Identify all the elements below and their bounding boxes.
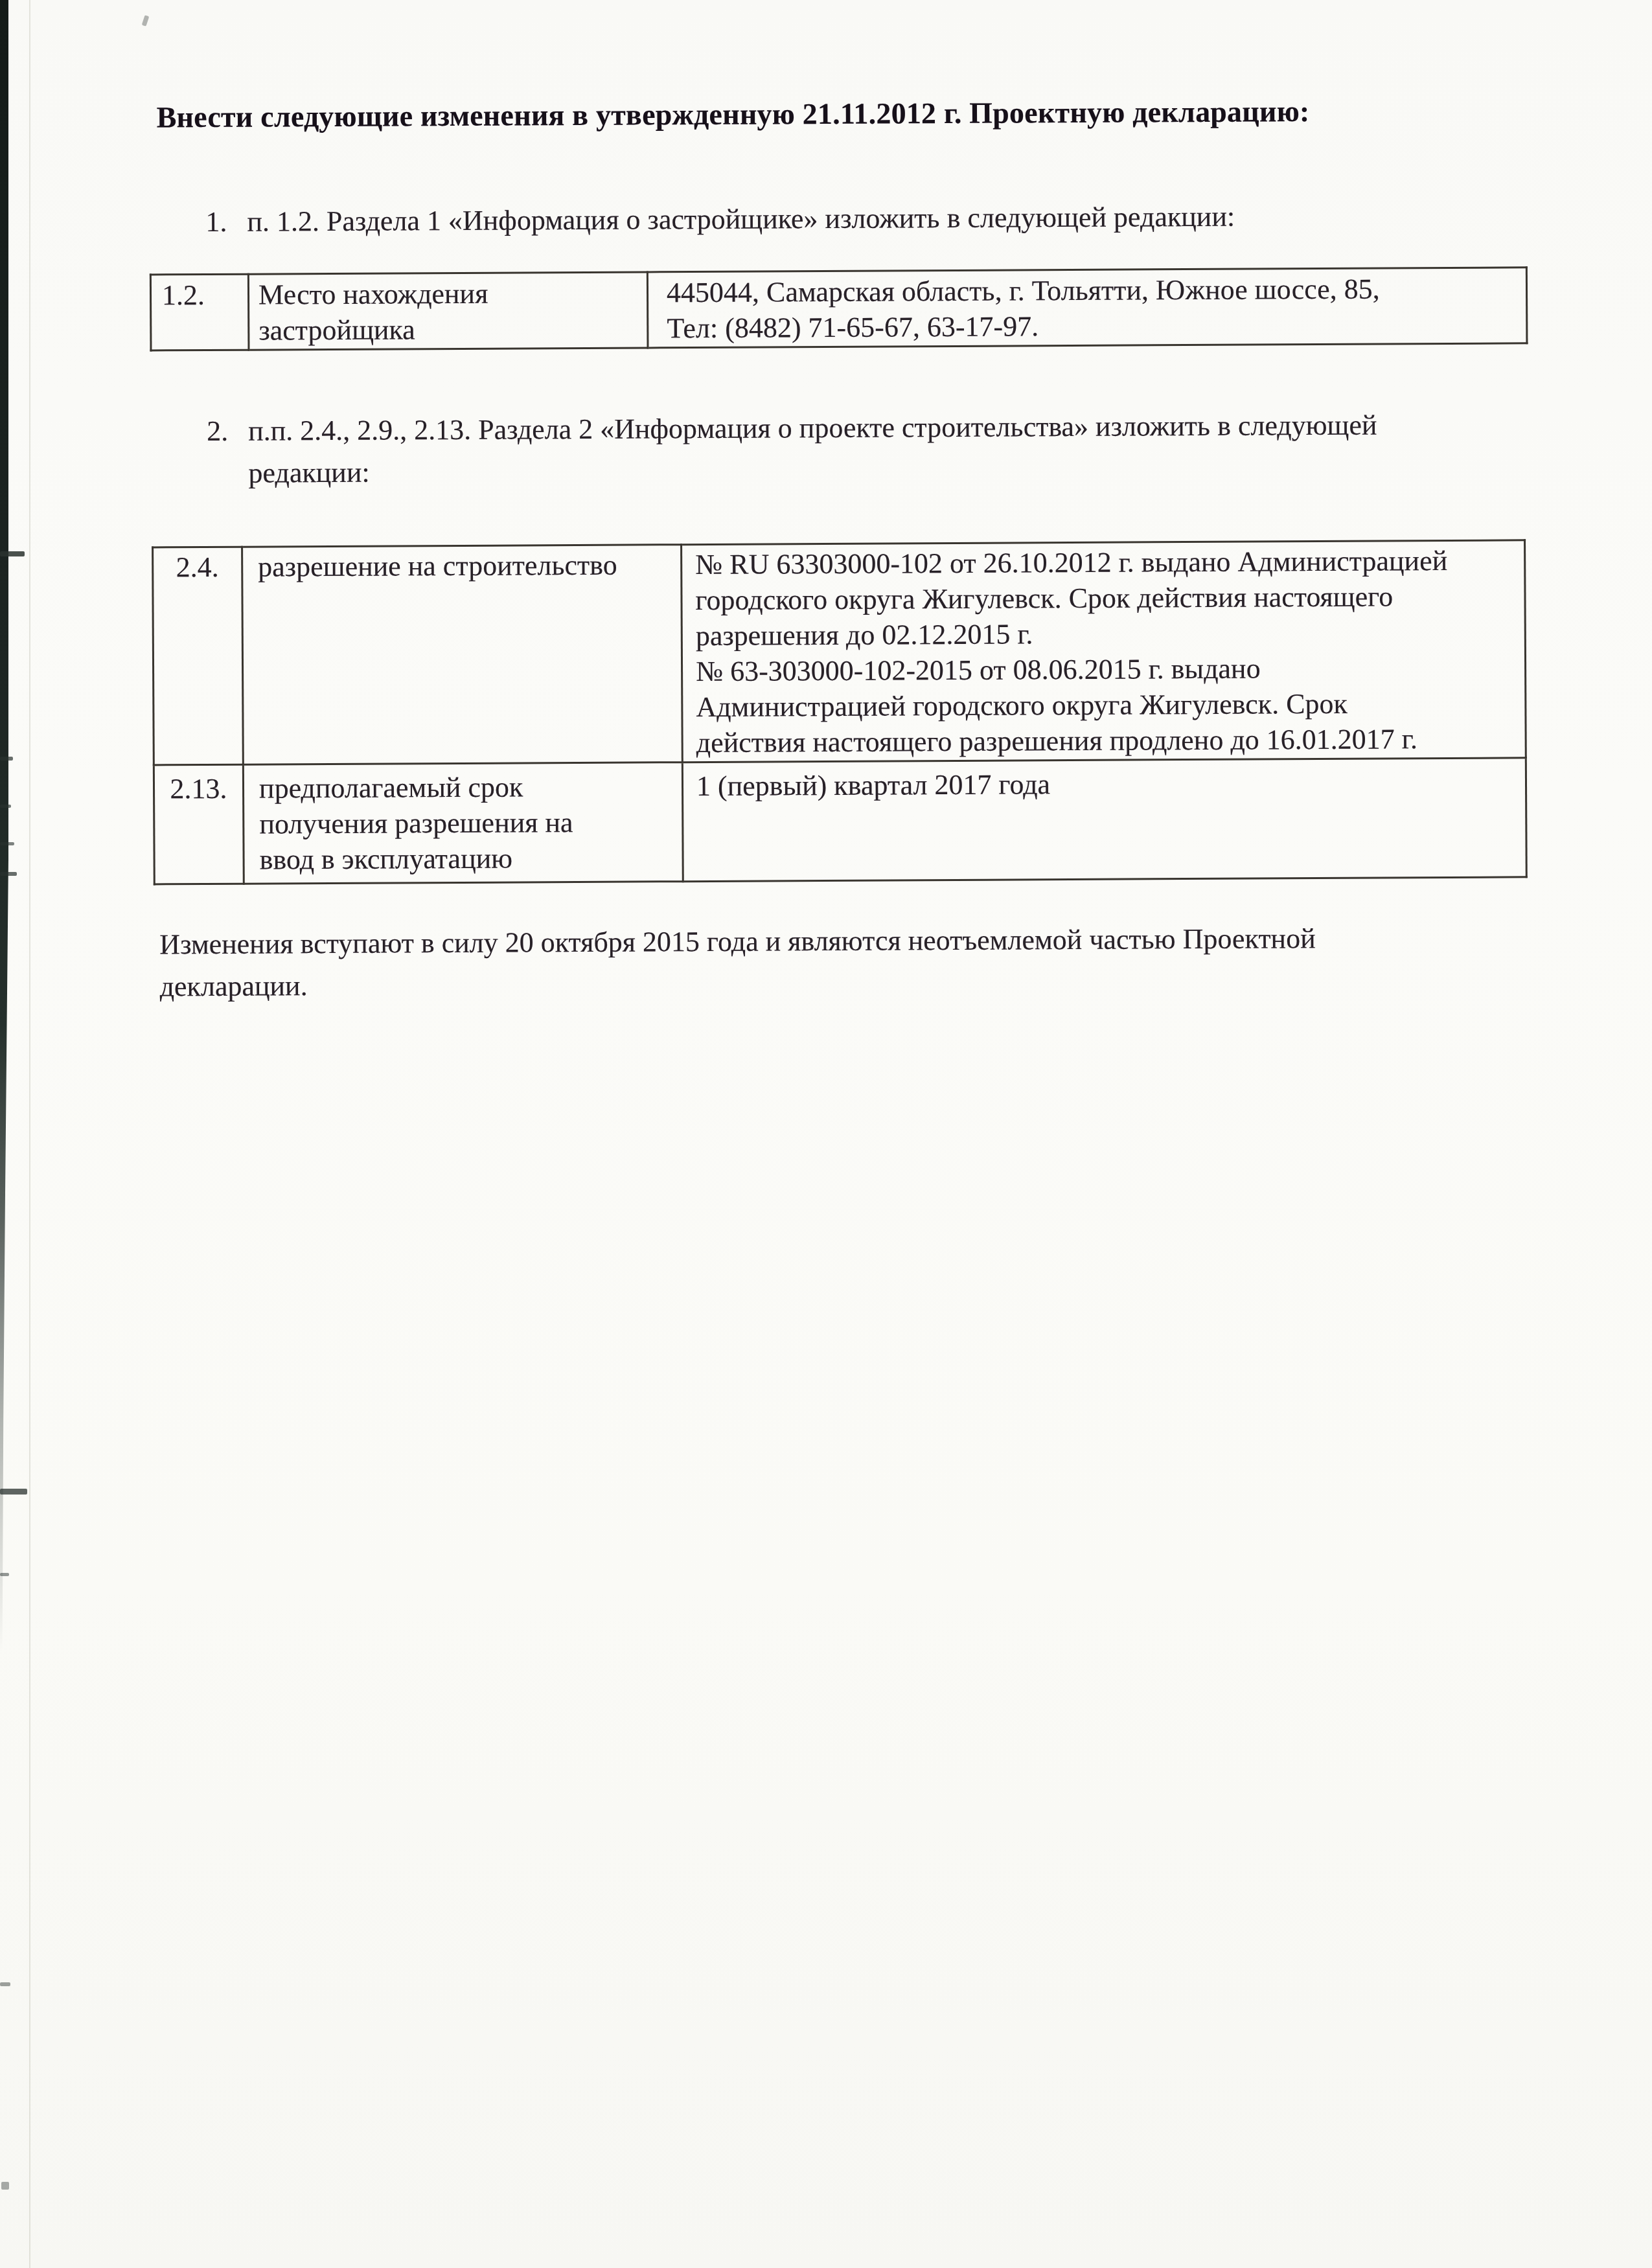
list-item-1-text: п. 1.2. Раздела 1 «Информация о застройщ…	[247, 196, 1235, 243]
scan-artifact	[0, 872, 17, 876]
table-row: 2.4. разрешение на строительство № RU 63…	[153, 540, 1526, 765]
list-item-1-number: 1.	[205, 201, 247, 243]
scan-artifact	[0, 551, 25, 556]
project-info-table: 2.4. разрешение на строительство № RU 63…	[152, 539, 1528, 885]
document-title: Внести следующие изменения в утвержденну…	[156, 92, 1309, 137]
row-value-cell: 1 (первый) квартал 2017 года	[682, 758, 1526, 882]
scan-artifact	[0, 805, 11, 808]
row-number-cell: 2.4.	[153, 547, 244, 765]
table-row: 1.2. Место нахождения застройщика 445044…	[150, 268, 1527, 350]
scan-artifact	[0, 1982, 10, 1986]
developer-info-table: 1.2. Место нахождения застройщика 445044…	[150, 266, 1528, 351]
list-item-2-text: п.п. 2.4., 2.9., 2.13. Раздела 2 «Информ…	[248, 404, 1377, 494]
scanned-page: Внести следующие изменения в утвержденну…	[0, 0, 1652, 2268]
row-label-cell: разрешение на строительство	[242, 545, 683, 765]
row-label-cell: Место нахождения застройщика	[248, 272, 648, 350]
row-label-cell: предполагаемый срок получения разрешения…	[243, 762, 683, 884]
table-row: 2.13. предполагаемый срок получения разр…	[154, 758, 1526, 884]
scan-artifact	[0, 757, 13, 761]
row-number-cell: 1.2.	[150, 274, 249, 350]
list-item-1: 1. п. 1.2. Раздела 1 «Информация о застр…	[205, 196, 1235, 243]
scan-artifact	[0, 1573, 9, 1576]
scan-artifact	[0, 842, 14, 845]
scan-artifact	[1, 2182, 9, 2190]
list-item-2: 2. п.п. 2.4., 2.9., 2.13. Раздела 2 «Инф…	[207, 404, 1377, 494]
row-value-cell: 445044, Самарская область, г. Тольятти, …	[647, 268, 1527, 348]
row-value-cell: № RU 63303000-102 от 26.10.2012 г. выдан…	[682, 540, 1526, 762]
list-item-2-number: 2.	[207, 410, 248, 452]
effective-date-paragraph: Изменения вступают в силу 20 октября 201…	[159, 917, 1316, 1007]
row-number-cell: 2.13.	[154, 764, 244, 884]
document-sheet: Внести следующие изменения в утвержденну…	[0, 0, 1652, 2268]
scan-artifact	[0, 1489, 27, 1495]
